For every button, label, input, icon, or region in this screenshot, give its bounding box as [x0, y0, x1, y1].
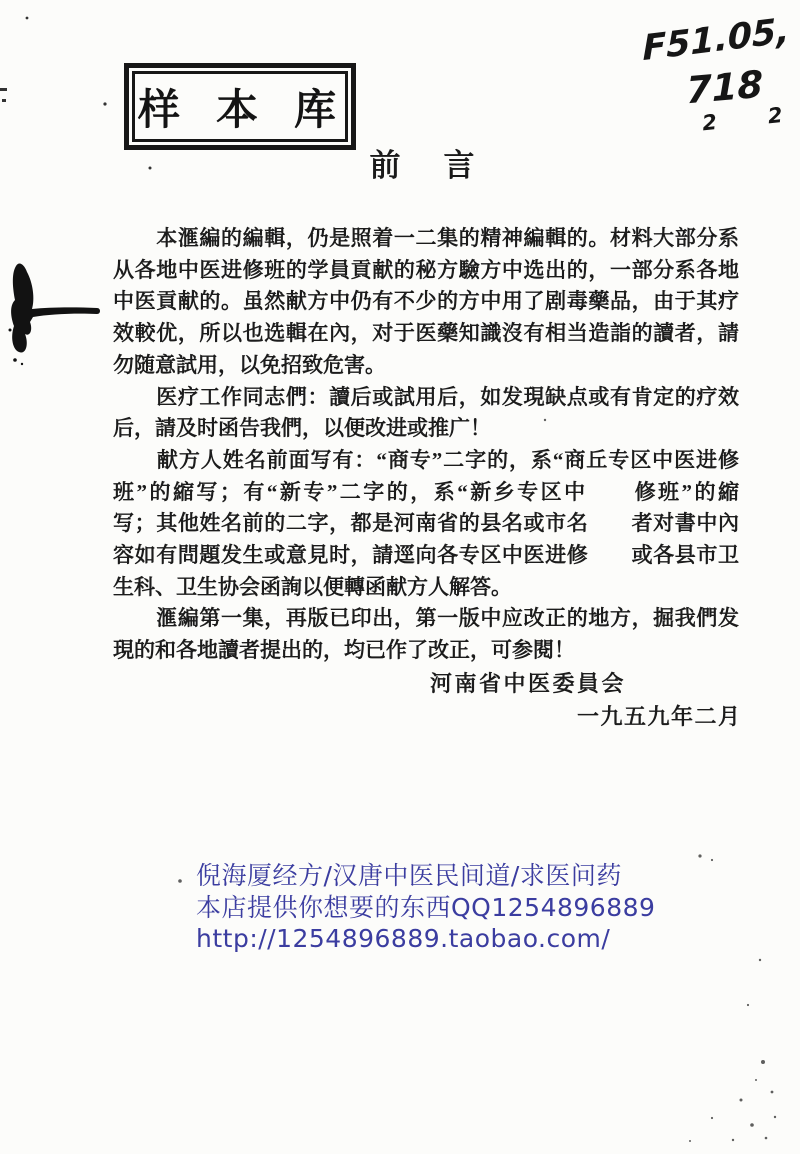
- body-line: 班”的縮写；有“新专”二字的，系“新乡专区中 修班”的縮: [113, 477, 739, 509]
- library-stamp: 样本库: [124, 63, 356, 150]
- body-line: 医疗工作同志們：讀后或試用后，如发現缺点或有肯定的疗效: [113, 382, 739, 414]
- body-line: 效較优，所以也选輯在內，对于医藥知識沒有相当造詣的讀者，請: [113, 318, 739, 350]
- call-number-line2: 718: [686, 63, 764, 113]
- body-line: 后，請及时函告我們，以便改进或推广！: [113, 413, 739, 445]
- body-line: 現的和各地讀者提出的，均已作了改正，可参閱！: [113, 635, 739, 667]
- body-line: 中医貢献的。虽然献方中仍有不少的方中用了剧毒藥品，由于其疗: [113, 286, 739, 318]
- watermark-line: 倪海厦经方/汉唐中医民间道/求医问药: [196, 860, 655, 892]
- body-line: 滙編第一集，再版已印出，第一版中应改正的地方，掘我們发: [113, 603, 739, 635]
- date-line: 一九五九年二月: [577, 700, 742, 731]
- body-line: 勿随意試用，以免招致危害。: [113, 350, 739, 382]
- library-stamp-text: 样本库: [108, 77, 372, 137]
- page-title: 前 言: [113, 140, 737, 185]
- watermark-line: http://1254896889.taobao.com/: [196, 923, 655, 955]
- watermark-line: 本店提供你想要的东西QQ1254896889: [196, 892, 655, 924]
- watermark: 倪海厦经方/汉唐中医民间道/求医问药 本店提供你想要的东西QQ125489688…: [196, 860, 655, 955]
- signature: 河南省中医委員会: [430, 667, 626, 698]
- scanned-page: 样本库 F51.05, 718 2 2 前 言 本滙編的編輯，仍是照着一二集的精…: [0, 0, 800, 1154]
- body-line: 生科、卫生协会函詢以便轉函献方人解答。: [113, 572, 739, 604]
- library-stamp-inner-border: 样本库: [132, 71, 348, 142]
- ink-blob-mark: [9, 264, 101, 366]
- body-line: 献方人姓名前面写有：“商专”二字的，系“商丘专区中医进修: [113, 445, 739, 477]
- body-line: 本滙編的編輯，仍是照着一二集的精神編輯的。材料大部分系: [113, 223, 739, 255]
- body-line: 容如有問題发生或意見时，請逕向各专区中医进修 或各县市卫: [113, 540, 739, 572]
- body-line: 从各地中医进修班的学員貢献的秘方驗方中选出的，一部分系各地: [113, 255, 739, 287]
- body-line: 写；其他姓名前的二字，都是河南省的县名或市名 者对書中內: [113, 508, 739, 540]
- preface-body: 本滙編的編輯，仍是照着一二集的精神編輯的。材料大部分系 从各地中医进修班的学員貢…: [113, 223, 739, 667]
- call-number-line1: F51.05,: [642, 11, 790, 69]
